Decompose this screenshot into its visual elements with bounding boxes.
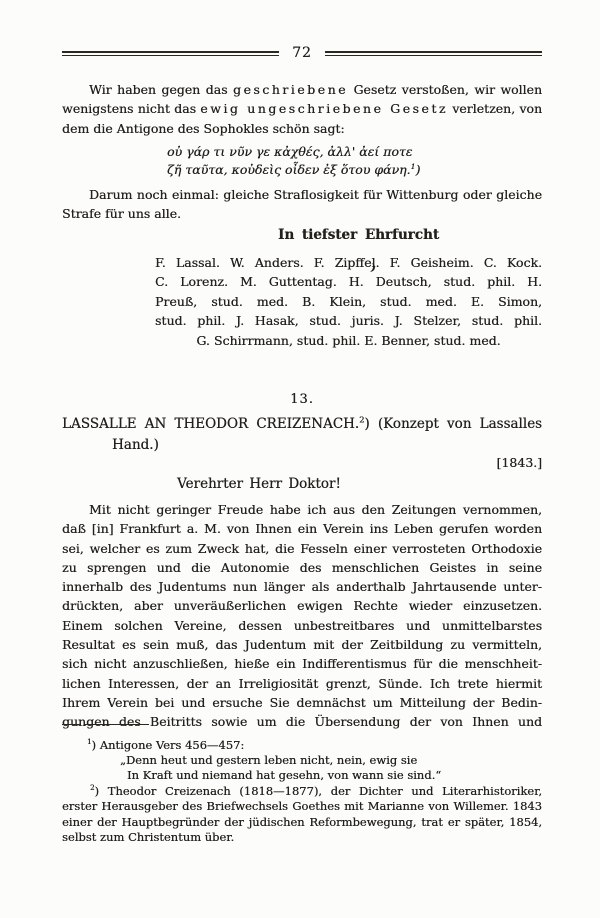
text-line: Preuß, stud. med. B. Klein, stud. med. E… bbox=[155, 292, 542, 311]
text-line: Mit nicht geringer Freude habe ich aus d… bbox=[62, 500, 542, 519]
text-line: zu sprengen und die Autonomie des mensch… bbox=[62, 558, 542, 577]
book-page: 72 Wir haben gegen das geschriebene Gese… bbox=[0, 0, 600, 918]
footnote-1-heading: 1) Antigone Vers 456—457: bbox=[87, 738, 417, 753]
header-rule-right bbox=[325, 51, 542, 56]
text-line: G. Schirrmann, stud. phil. E. Benner, st… bbox=[155, 331, 542, 350]
text-line: Einem solchen Vereine, dessen unbestreit… bbox=[62, 616, 542, 635]
text-line: erster Herausgeber des Briefwechsels Goe… bbox=[62, 799, 542, 814]
letter-body: Mit nicht geringer Freude habe ich aus d… bbox=[62, 500, 542, 732]
text-line: F. Lassal. W. Anders. F. Zipffel. F. Gei… bbox=[155, 253, 542, 272]
text-line: Resultat es sein muß, das Judentum mit d… bbox=[62, 635, 542, 654]
letter-salutation: Verehrter Herr Doktor! bbox=[177, 476, 341, 492]
text-line: 1) Antigone Vers 456—457: bbox=[87, 738, 417, 753]
text-line: innerhalb des Judentums nun länger als a… bbox=[62, 577, 542, 596]
text-line: Hand.) bbox=[62, 435, 542, 456]
signature-list: F. Lassal. W. Anders. F. Zipffel. F. Gei… bbox=[155, 253, 542, 350]
text-line: stud. phil. J. Hasak, stud. juris. J. St… bbox=[155, 311, 542, 330]
paragraph-darum: Darum noch einmal: gleiche Straflosigkei… bbox=[62, 185, 542, 224]
text-line: sei, welcher es zum Zweck hat, die Fesse… bbox=[62, 539, 542, 558]
text-line: „Denn heut und gestern leben nicht, nein… bbox=[120, 753, 450, 768]
text-line: Ihrem Verein bei und ersuche Sie demnäch… bbox=[62, 693, 542, 712]
page-number: 72 bbox=[292, 46, 312, 60]
text-line: dem die Antigone des Sophokles schön sag… bbox=[62, 119, 542, 138]
text-line: sich nicht anzuschließen, hieße ein Indi… bbox=[62, 654, 542, 673]
text-line: gungen des Beitritts sowie um die Überse… bbox=[62, 712, 542, 731]
text-line: 2) Theodor Creizenach (1818—1877), der D… bbox=[62, 784, 542, 799]
letter-date: [1843.] bbox=[62, 455, 542, 470]
footnote-separator bbox=[62, 724, 149, 725]
text-line: In Kraft und niemand hat gesehn, von wan… bbox=[120, 768, 450, 783]
text-line: Wir haben gegen das geschriebene Gesetz … bbox=[62, 80, 542, 99]
section-number: 13. bbox=[62, 392, 542, 407]
text-line: Darum noch einmal: gleiche Straflosigkei… bbox=[62, 185, 542, 204]
text-line: drückten, aber unveräußerlichen ewigen R… bbox=[62, 596, 542, 615]
paragraph-verstossen: Wir haben gegen das geschriebene Gesetz … bbox=[62, 80, 542, 138]
header-rule-left bbox=[62, 51, 279, 56]
text-line: ζῆ ταῦτα, κοὐδεὶς οἶδεν ἐξ ὅτου φάνη.1) bbox=[167, 161, 437, 179]
greek-quote: οὐ γάρ τι νῦν γε κἀχθές, ἀλλ' ἀεί ποτεζῆ… bbox=[167, 143, 437, 178]
footnote-2: 2) Theodor Creizenach (1818—1877), der D… bbox=[62, 784, 542, 845]
text-line: einer der Hauptbegründer der jüdischen R… bbox=[62, 815, 542, 830]
footnote-1-quote: „Denn heut und gestern leben nicht, nein… bbox=[120, 753, 450, 784]
section-heading: LASSALLE AN THEODOR CREIZENACH.2) (Konze… bbox=[62, 414, 542, 455]
text-line: lichen Interessen, der an Irreligiosität… bbox=[62, 674, 542, 693]
running-header: 72 bbox=[62, 46, 542, 60]
text-line: C. Lorenz. M. Guttentag. H. Deutsch, stu… bbox=[155, 272, 542, 291]
text-line: daß [in] Frankfurt a. M. von Ihnen ein V… bbox=[62, 519, 542, 538]
letter-closing: In tiefster Ehrfurcht bbox=[278, 227, 439, 243]
text-line: wenigstens nicht das ewig ungeschriebene… bbox=[62, 99, 542, 118]
text-line: Strafe für uns alle. bbox=[62, 204, 542, 223]
text-line: selbst zum Christentum über. bbox=[62, 830, 542, 845]
text-line: LASSALLE AN THEODOR CREIZENACH.2) (Konze… bbox=[62, 414, 542, 435]
text-line: οὐ γάρ τι νῦν γε κἀχθές, ἀλλ' ἀεί ποτε bbox=[167, 143, 437, 161]
